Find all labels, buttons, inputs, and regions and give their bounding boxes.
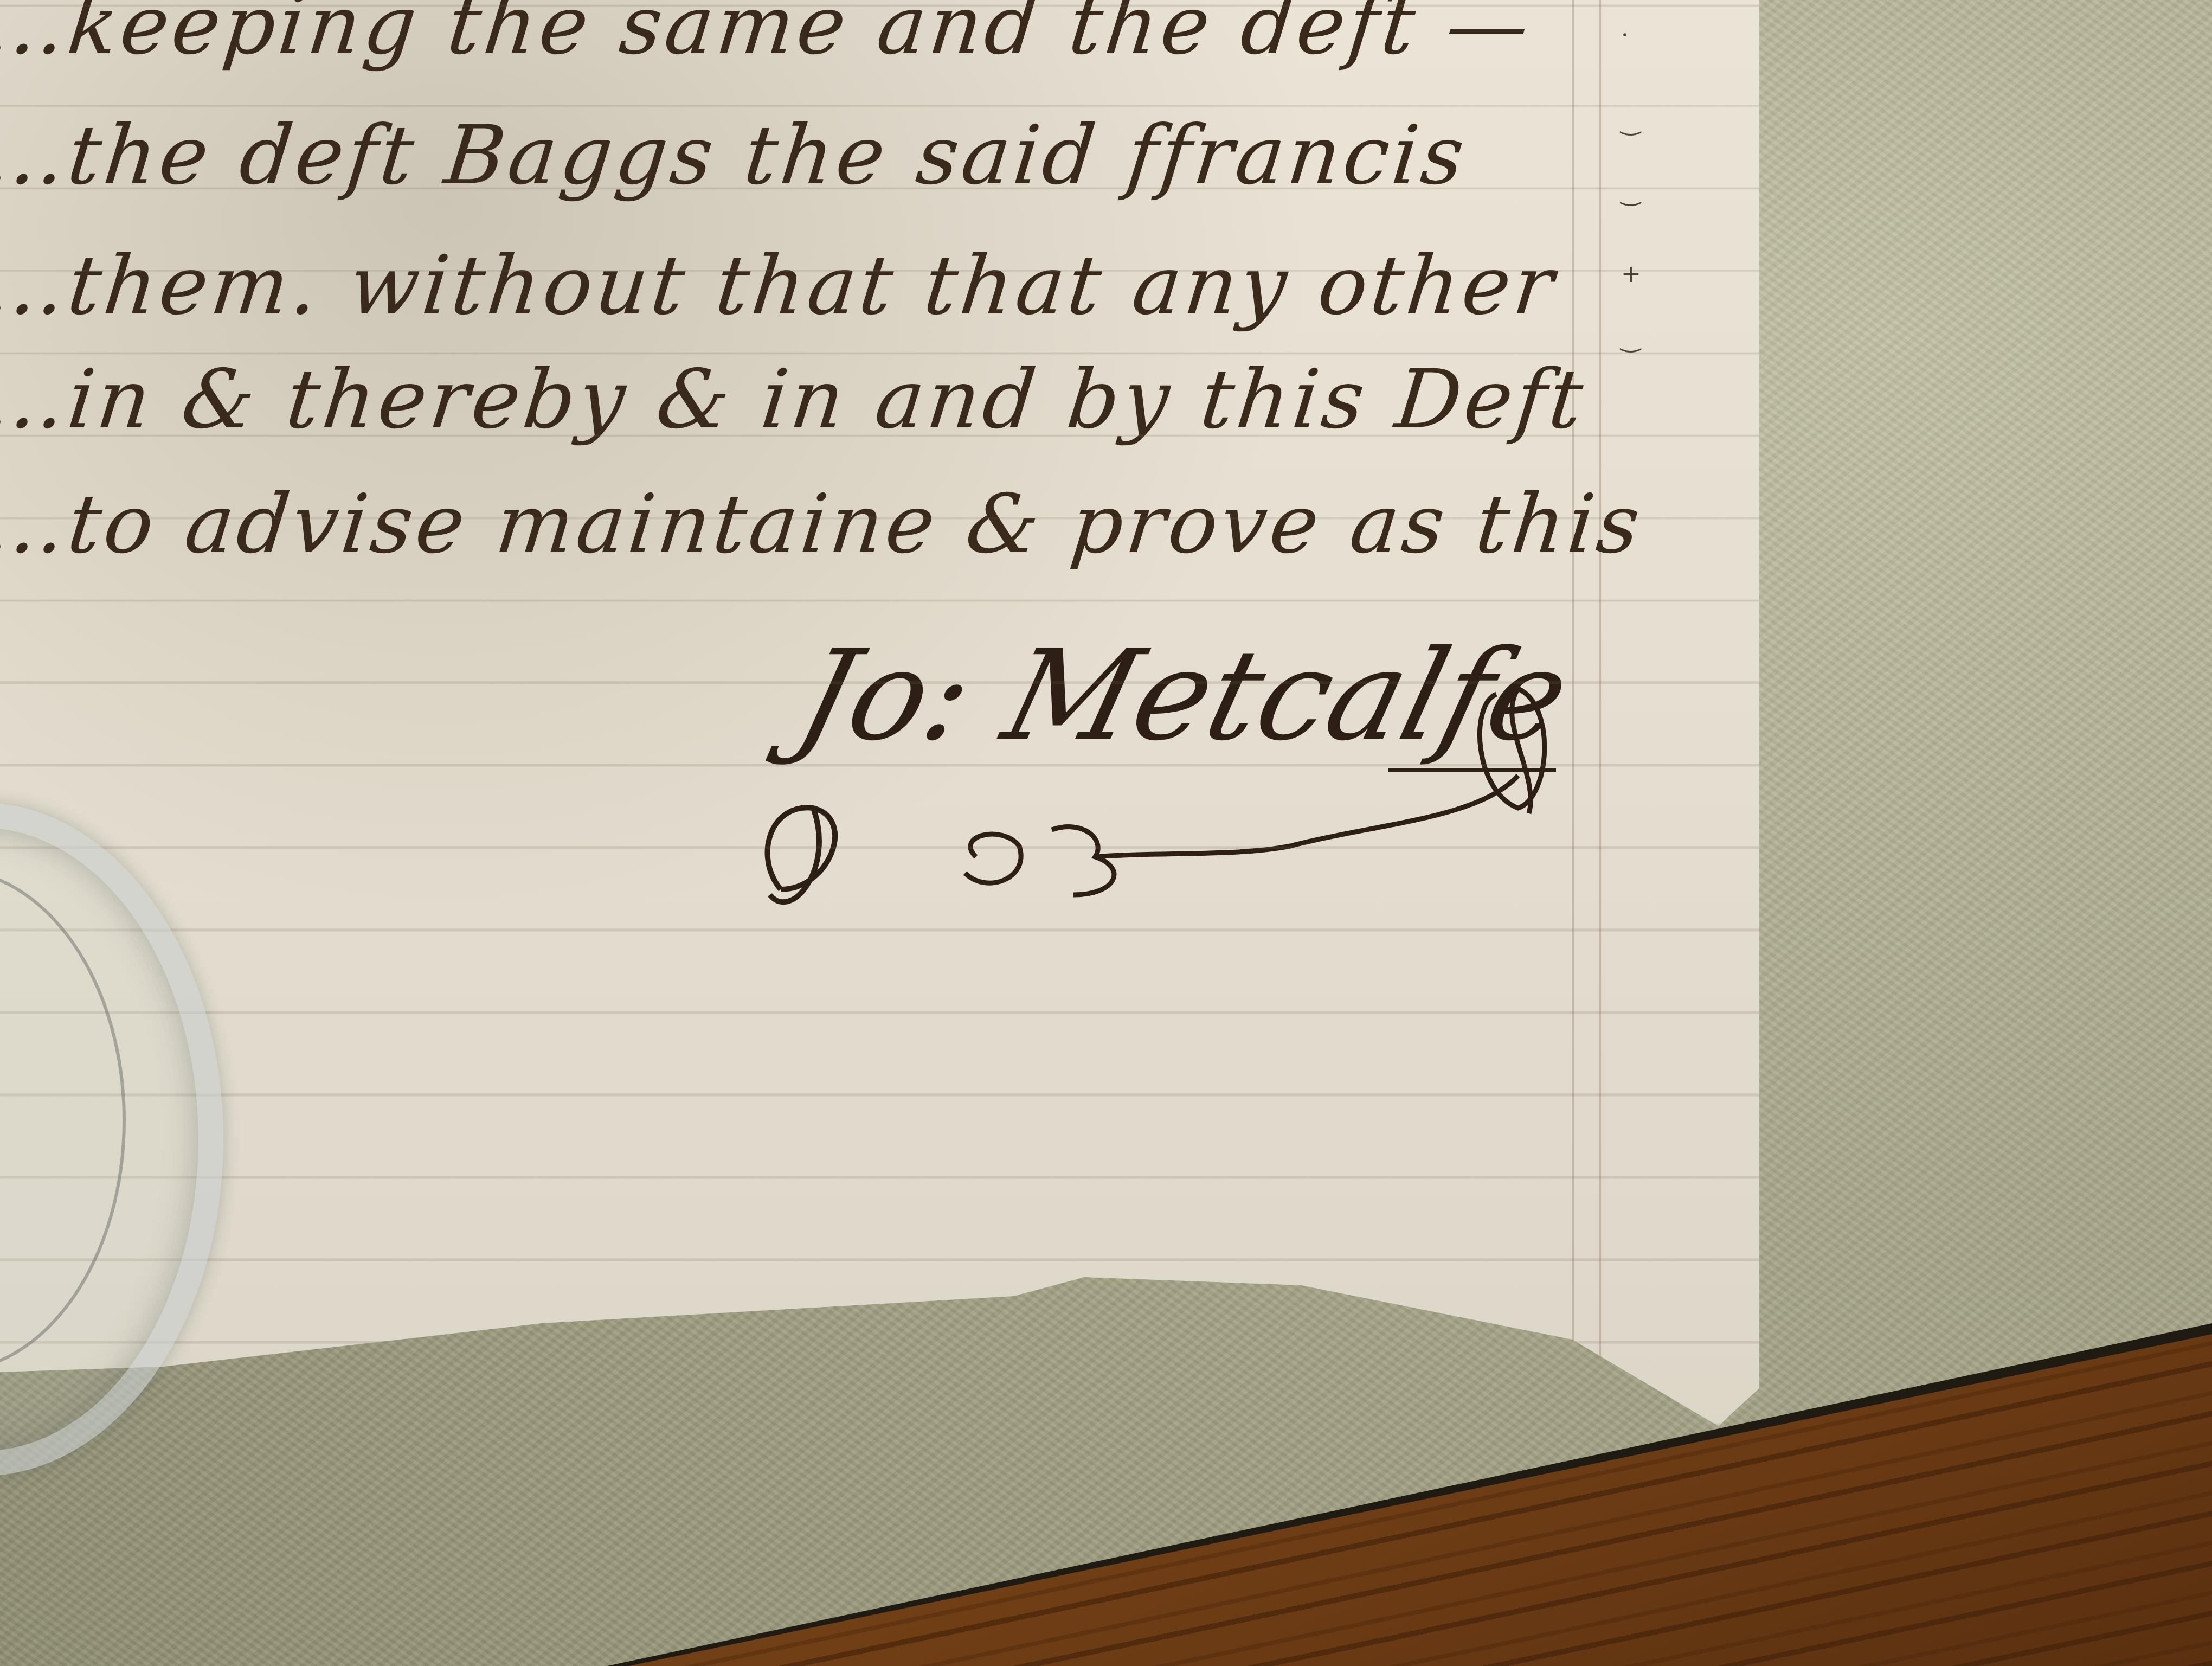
document-line-3: …them. without that that any other — [0, 239, 1561, 333]
document-line-4: …in & thereby & in and by this Deft — [0, 353, 1590, 447]
margin-rule — [1599, 0, 1601, 1388]
margin-rule — [1572, 0, 1574, 1388]
signature-flourish — [748, 640, 1616, 944]
document-line-1: …keeping the same and the deft — — [0, 0, 1536, 73]
document-line-2: …the deft Baggs the said ffrancis — [0, 108, 1471, 203]
signature: Jo: Metcalfe — [785, 624, 1583, 768]
document-line-5: …to advise maintaine & prove as this — [0, 477, 1647, 572]
